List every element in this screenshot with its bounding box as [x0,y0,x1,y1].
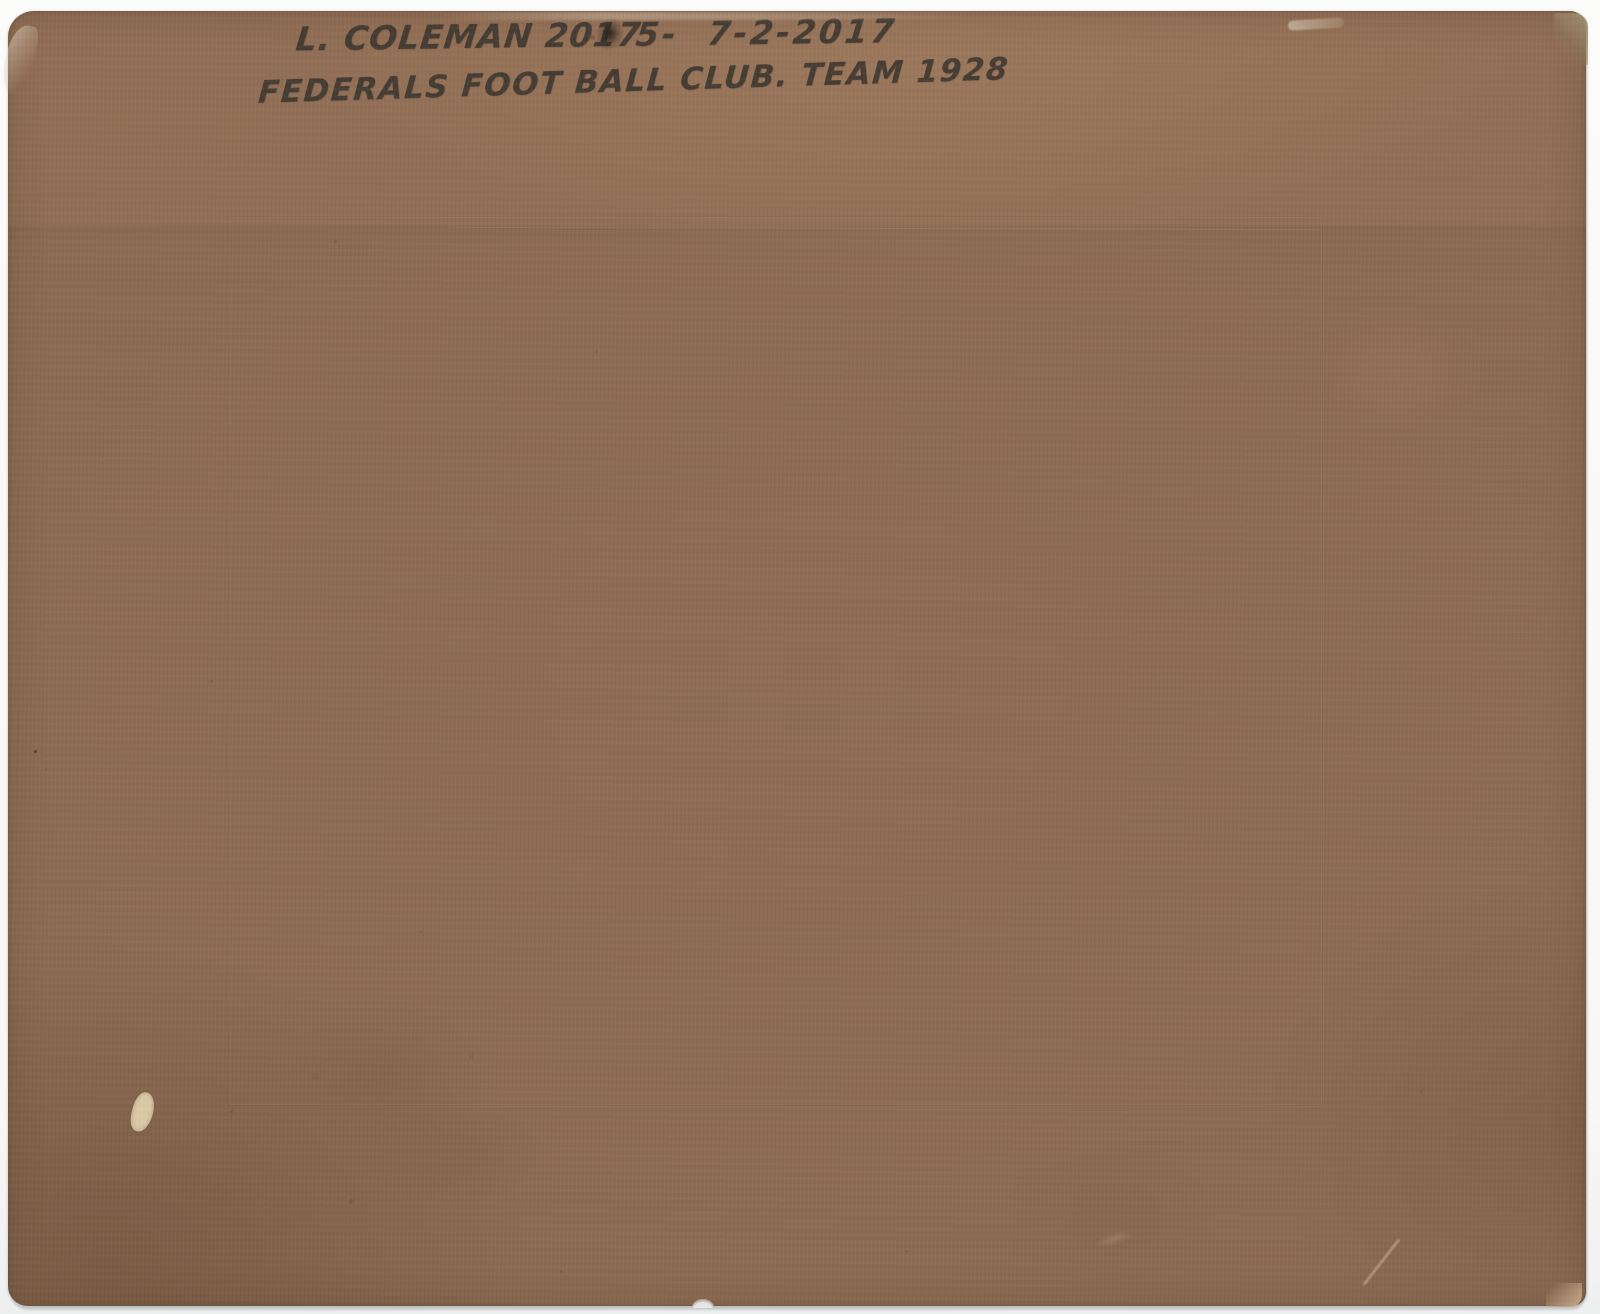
handwritten-caption: FEDERALS FOOT BALL CLUB. TEAM 1928 [257,51,1010,111]
foxing-specks [8,11,11,14]
chipped-corner-bottom-right [1546,1283,1582,1307]
bottom-edge-tear [692,1299,714,1308]
mount-impression-outline [228,216,1323,1106]
bottom-right-scratch [1362,1238,1400,1286]
handwritten-name-and-number: L. COLEMAN 2017 [294,15,643,59]
photo-mount-back-card: L. COLEMAN 2017 5- 7-2-2017 FEDERALS FOO… [8,11,1586,1306]
worn-corner-top-left [0,23,39,96]
scanner-background: L. COLEMAN 2017 5- 7-2-2017 FEDERALS FOO… [0,0,1600,1314]
top-edge-scratch [1288,17,1345,31]
top-edge-scuff [438,12,978,20]
chipped-corner-top-right [1554,13,1588,65]
paper-tear-patch [127,1090,157,1134]
bottom-center-scuff [1093,1227,1135,1251]
